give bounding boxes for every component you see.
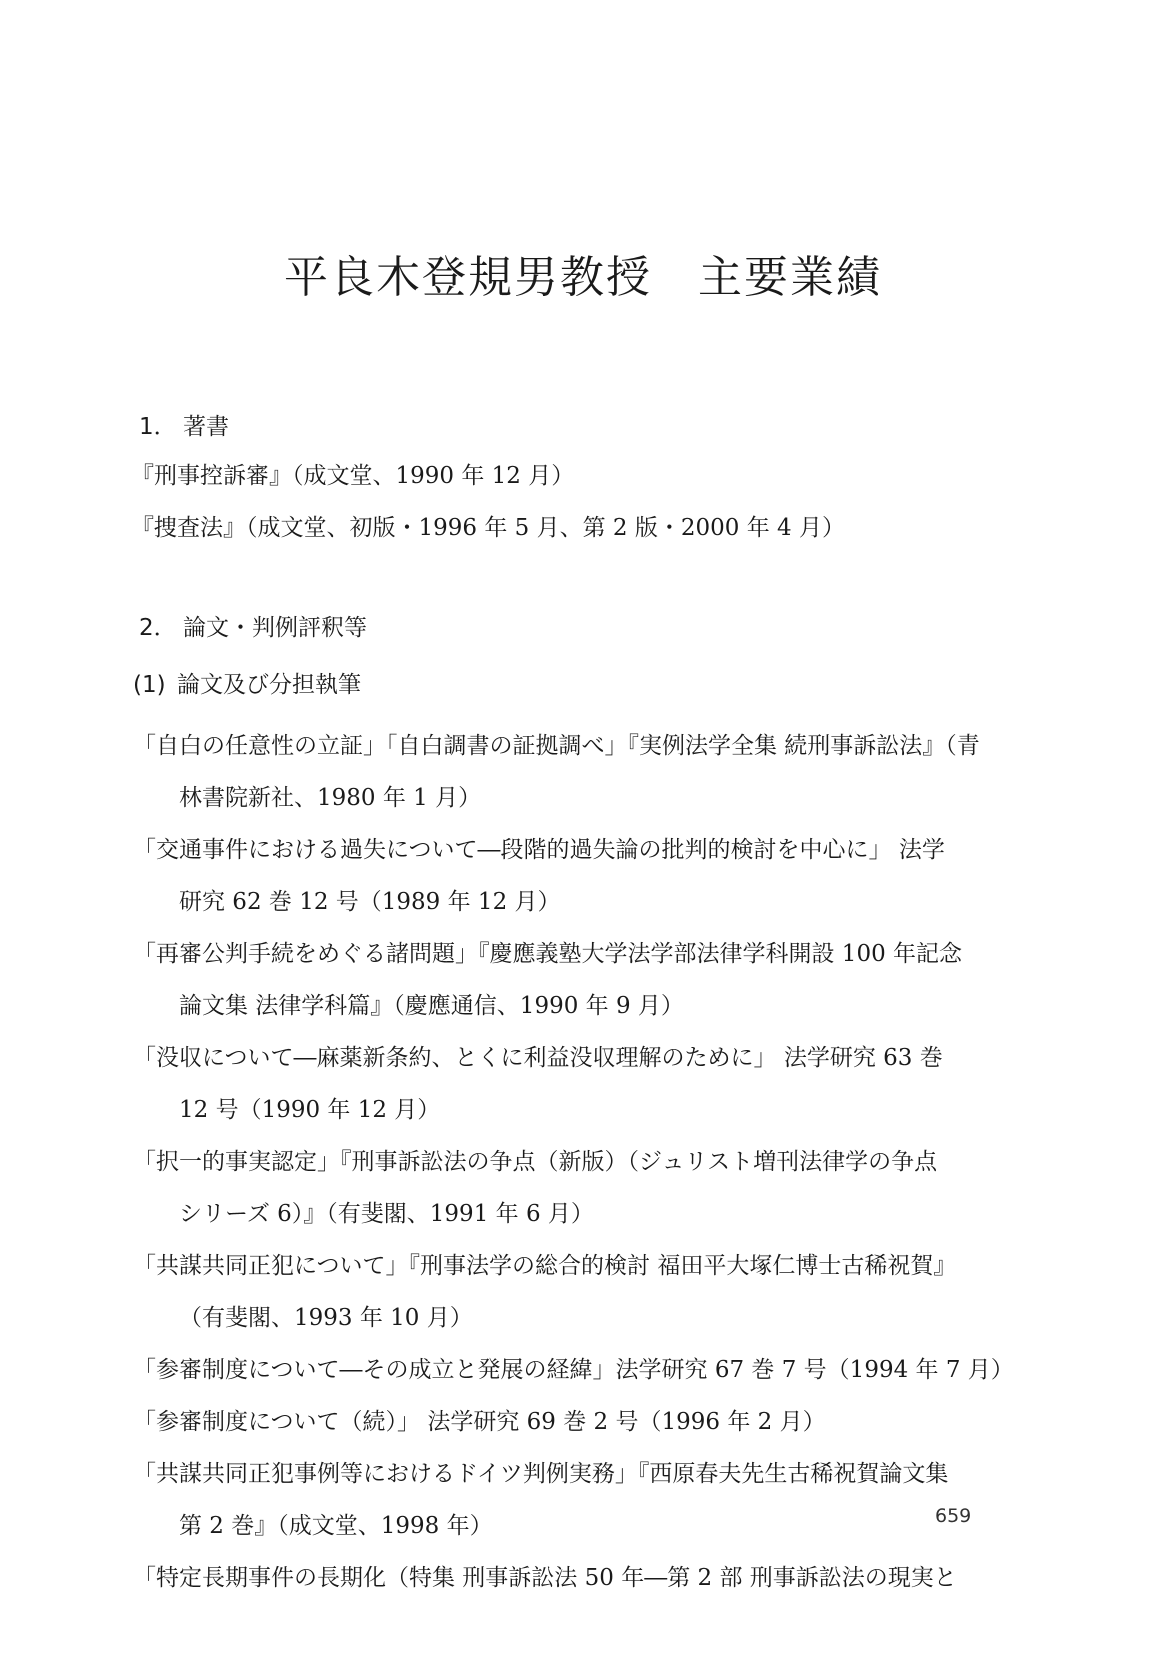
section-heading-papers: 2．論文・判例評釈等 [133, 606, 1033, 651]
paper-entry: 「再審公判手続をめぐる諸問題」『慶應義塾大学法学部法律学科開設 100 年記念 … [133, 928, 1033, 1032]
subsection-number: (1) [133, 663, 177, 708]
paper-entry: 「共謀共同正犯事例等におけるドイツ判例実務」『西原春夫先生古稀祝賀論文集 第 2… [133, 1448, 1033, 1552]
entry-line: 「択一的事実認定」『刑事訴訟法の争点（新版）（ジュリスト増刊法律学の争点 [133, 1136, 1033, 1188]
entry-line: 「共謀共同正犯事例等におけるドイツ判例実務」『西原春夫先生古稀祝賀論文集 [133, 1448, 1033, 1500]
paper-entry: 「共謀共同正犯について」『刑事法学の総合的検討 福田平大塚仁博士古稀祝賀』 （有… [133, 1240, 1033, 1344]
page-title: 平良木登規男教授 主要業績 [0, 250, 1166, 306]
paper-entry: 「参審制度について―その成立と発展の経緯」法学研究 67 巻 7 号（1994 … [133, 1344, 1033, 1396]
paper-entry: 「交通事件における過失について―段階的過失論の批判的検討を中心に」 法学 研究 … [133, 824, 1033, 928]
paper-entry: 「自白の任意性の立証」「自白調書の証拠調べ」『実例法学全集 続刑事訴訟法』（青 … [133, 720, 1033, 824]
page-number: 659 [935, 1505, 971, 1527]
section-heading-books: 1．著書 [133, 405, 1033, 450]
section-title: 著書 [183, 414, 229, 440]
entry-line: 「参審制度について（続）」 法学研究 69 巻 2 号（1996 年 2 月） [133, 1396, 1033, 1448]
entry-line-continued: 12 号（1990 年 12 月） [133, 1084, 1033, 1136]
paper-entry: 「没収について―麻薬新条約、とくに利益没収理解のために」 法学研究 63 巻 1… [133, 1032, 1033, 1136]
entry-line: 「交通事件における過失について―段階的過失論の批判的検討を中心に」 法学 [133, 824, 1033, 876]
entry-line-continued: 林書院新社、1980 年 1 月） [133, 772, 1033, 824]
section-title: 論文・判例評釈等 [183, 615, 367, 641]
section-number: 1． [133, 405, 183, 450]
section-number: 2． [133, 606, 183, 651]
entry-line-continued: 第 2 巻』（成文堂、1998 年） [133, 1500, 1033, 1552]
entry-line-continued: 研究 62 巻 12 号（1989 年 12 月） [133, 876, 1033, 928]
entry-line: 「特定長期事件の長期化（特集 刑事訴訟法 50 年―第 2 部 刑事訴訟法の現実… [133, 1552, 1033, 1604]
entry-line: 「共謀共同正犯について」『刑事法学の総合的検討 福田平大塚仁博士古稀祝賀』 [133, 1240, 1033, 1292]
entry-line-continued: シリーズ 6）』（有斐閣、1991 年 6 月） [133, 1188, 1033, 1240]
entry-line-continued: 論文集 法律学科篇』（慶應通信、1990 年 9 月） [133, 980, 1033, 1032]
entry-line: 「参審制度について―その成立と発展の経緯」法学研究 67 巻 7 号（1994 … [133, 1344, 1033, 1396]
book-entry: 『捜査法』（成文堂、初版・1996 年 5 月、第 2 版・2000 年 4 月… [131, 502, 1033, 554]
book-entry: 『刑事控訴審』（成文堂、1990 年 12 月） [131, 450, 1033, 502]
entry-line: 「没収について―麻薬新条約、とくに利益没収理解のために」 法学研究 63 巻 [133, 1032, 1033, 1084]
entry-line: 「再審公判手続をめぐる諸問題」『慶應義塾大学法学部法律学科開設 100 年記念 [133, 928, 1033, 980]
entry-line: 『捜査法』（成文堂、初版・1996 年 5 月、第 2 版・2000 年 4 月… [131, 502, 1033, 554]
paper-entry: 「特定長期事件の長期化（特集 刑事訴訟法 50 年―第 2 部 刑事訴訟法の現実… [133, 1552, 1033, 1604]
entry-line: 『刑事控訴審』（成文堂、1990 年 12 月） [131, 450, 1033, 502]
entry-line-continued: （有斐閣、1993 年 10 月） [133, 1292, 1033, 1344]
document-body: 1．著書 『刑事控訴審』（成文堂、1990 年 12 月） 『捜査法』（成文堂、… [133, 405, 1033, 1604]
paper-entry: 「参審制度について（続）」 法学研究 69 巻 2 号（1996 年 2 月） [133, 1396, 1033, 1448]
paper-entry: 「択一的事実認定」『刑事訴訟法の争点（新版）（ジュリスト増刊法律学の争点 シリー… [133, 1136, 1033, 1240]
entry-line: 「自白の任意性の立証」「自白調書の証拠調べ」『実例法学全集 続刑事訴訟法』（青 [133, 720, 1033, 772]
subsection-heading-papers: (1)論文及び分担執筆 [133, 663, 1033, 708]
subsection-title: 論文及び分担執筆 [177, 672, 361, 698]
